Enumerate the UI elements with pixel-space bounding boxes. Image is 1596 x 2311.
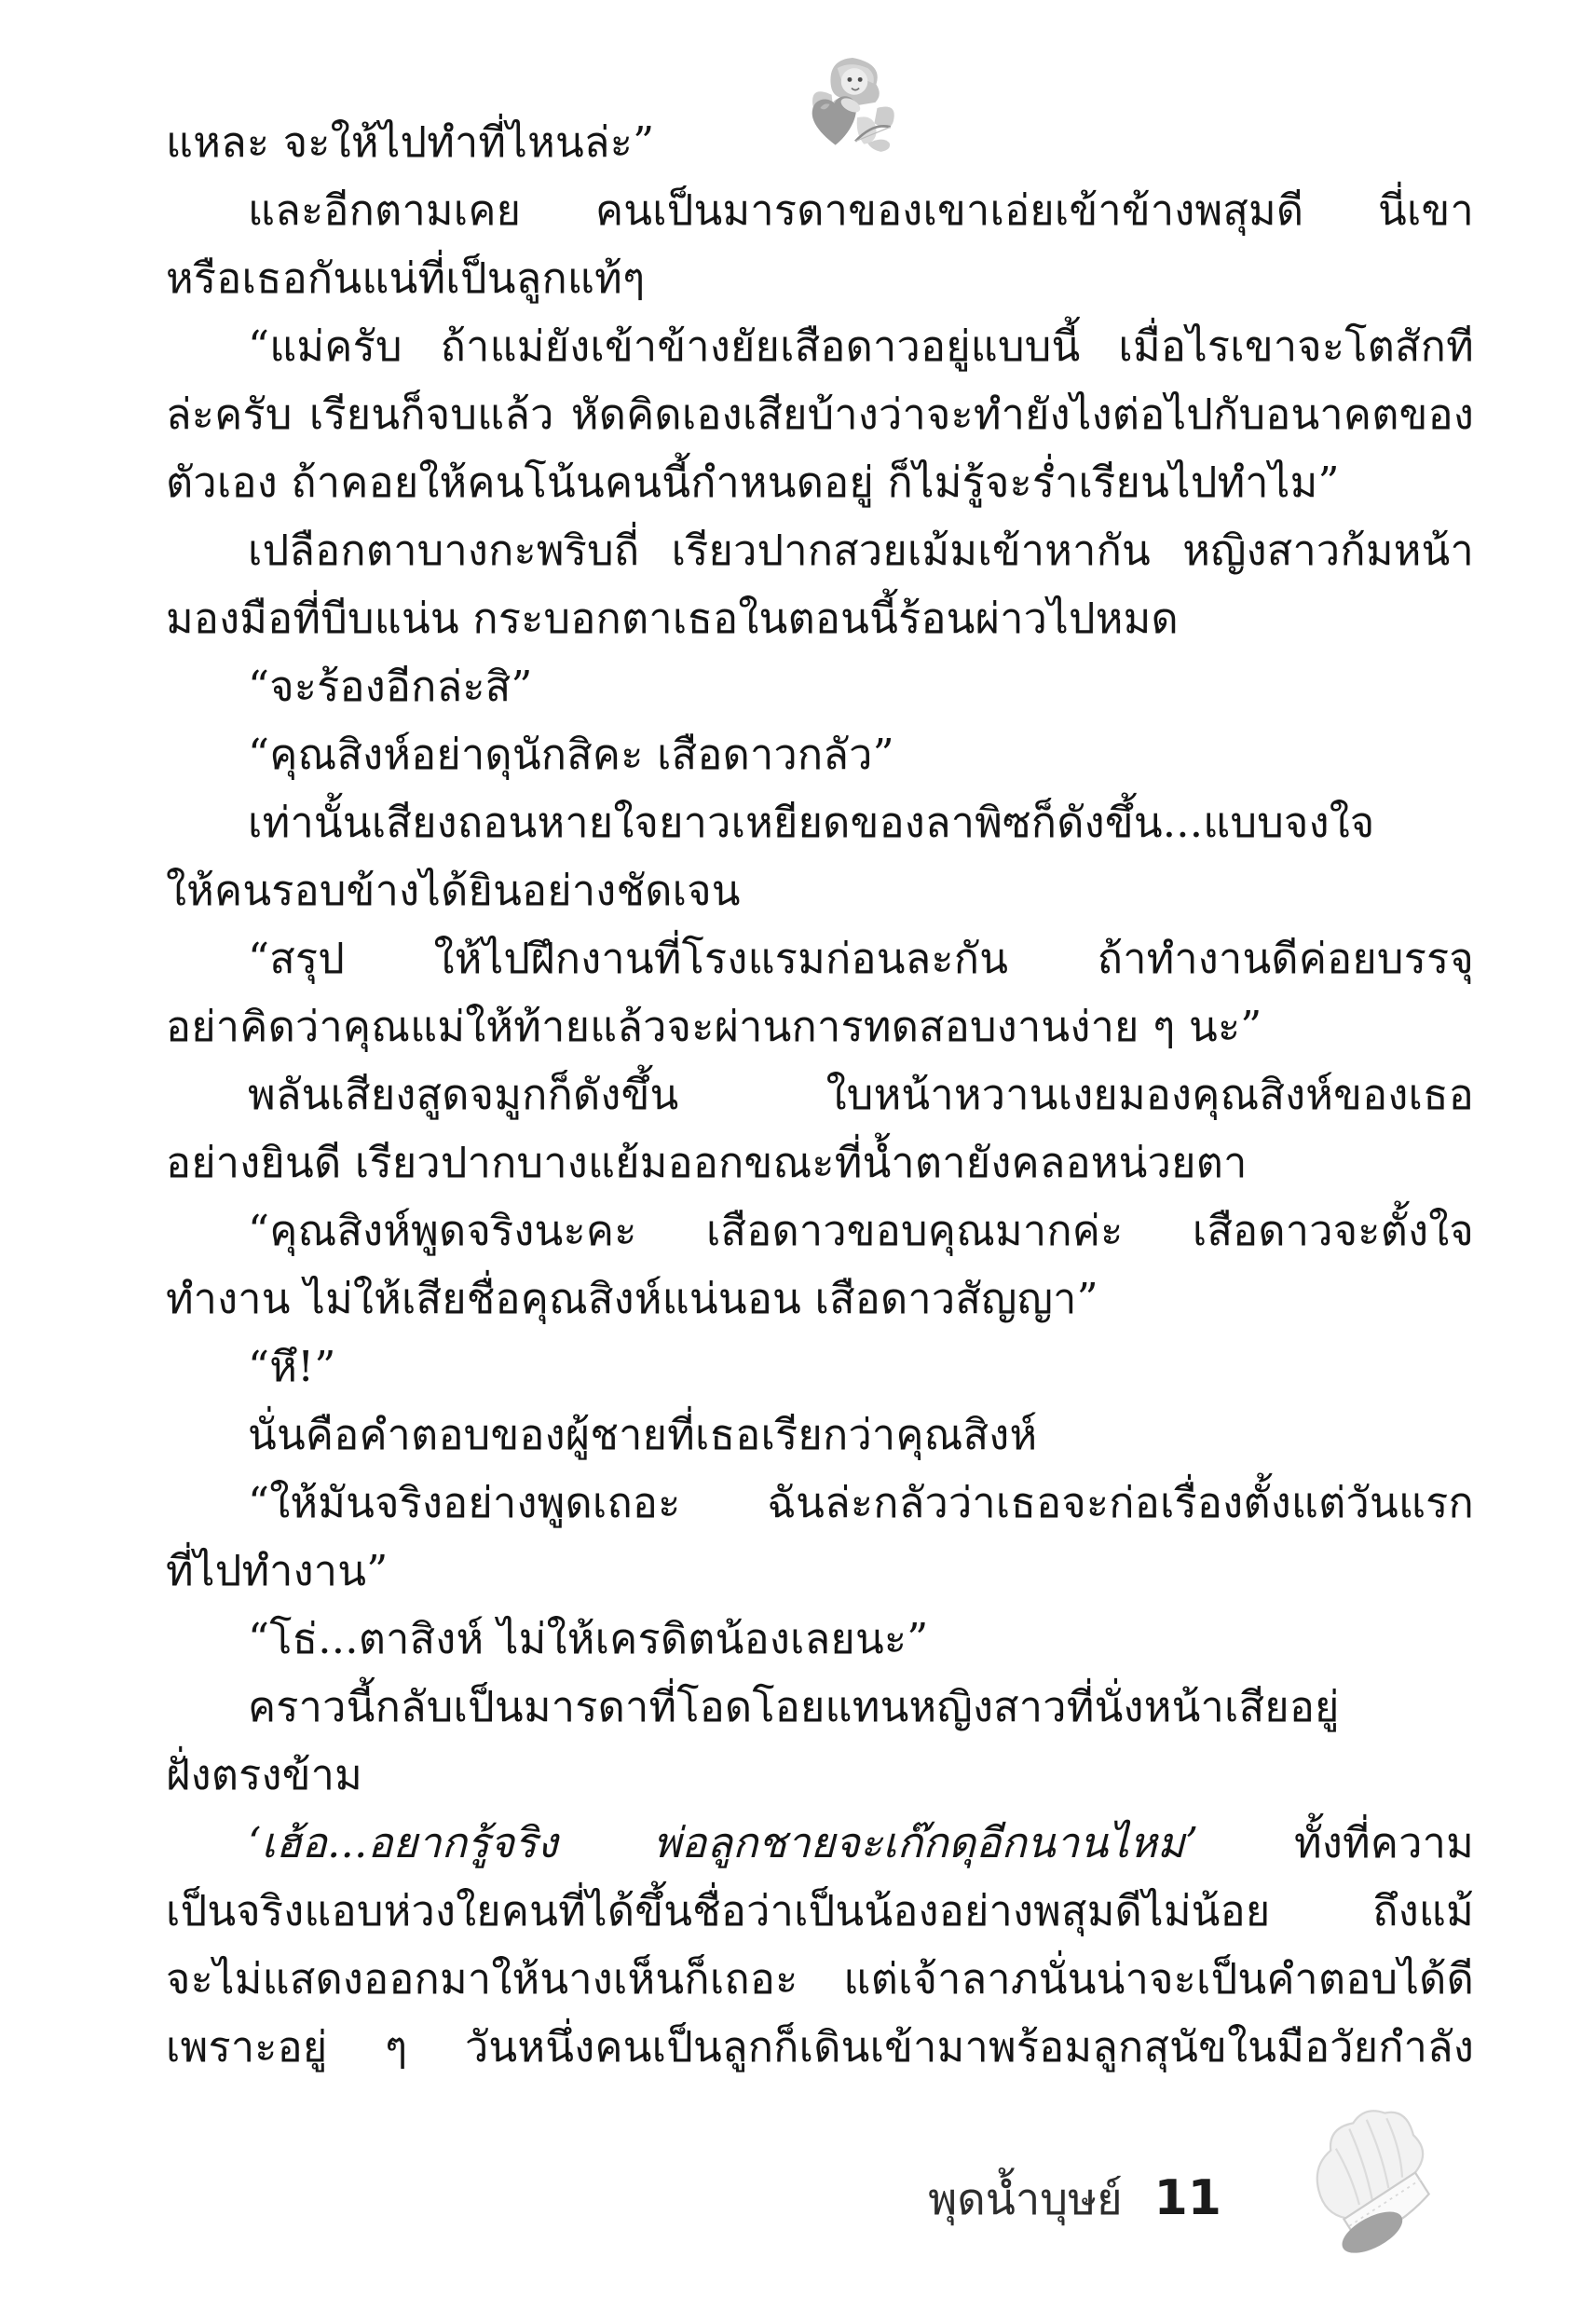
line-text: นั่นคือคำตอบของผู้ชายที่เธอเรียกว่าคุณสิ… — [248, 1410, 1037, 1459]
text-line: ทำงาน ไม่ให้เสียชื่อคุณสิงห์แน่นอน เสือด… — [166, 1265, 1474, 1333]
line-italic-text: ‘เฮ้อ...อยากรู้จริง พ่อลูกชายจะเก๊กดุอีก… — [248, 1818, 1198, 1867]
text-line: ล่ะครับ เรียนก็จบแล้ว หัดคิดเองเสียบ้างว… — [166, 380, 1474, 448]
line-text: มองมือที่บีบแน่น กระบอกตาเธอในตอนนี้ร้อน… — [166, 594, 1179, 643]
line-text: อย่างยินดี เรียวปากบางแย้มออกขณะที่น้ำตา… — [166, 1138, 1248, 1187]
text-line: เป็นจริงแอบห่วงใยคนที่ได้ขึ้นชื่อว่าเป็น… — [166, 1877, 1474, 1945]
line-text: และอีกตามเคย คนเป็นมารดาของเขาเอ่ยเข้าข้… — [248, 185, 1474, 235]
page-footer: พุดน้ำบุษย์ 11 — [928, 2164, 1221, 2234]
line-text: ล่ะครับ เรียนก็จบแล้ว หัดคิดเองเสียบ้างว… — [166, 390, 1474, 439]
line-text: “แม่ครับ ถ้าแม่ยังเข้าข้างยัยเสือดาวอยู่… — [248, 321, 1474, 371]
text-line: ‘เฮ้อ...อยากรู้จริง พ่อลูกชายจะเก๊กดุอีก… — [166, 1809, 1474, 1877]
line-text: “หึ!” — [248, 1342, 336, 1391]
page-number: 11 — [1154, 2170, 1221, 2226]
text-line: ที่ไปทำงาน” — [166, 1537, 1474, 1605]
line-text: “คุณสิงห์อย่าดุนักสิคะ เสือดาวกลัว” — [248, 730, 894, 779]
text-line: “แม่ครับ ถ้าแม่ยังเข้าข้างยัยเสือดาวอยู่… — [166, 312, 1474, 380]
text-line: จะไม่แสดงออกมาให้นางเห็นก็เถอะ แต่เจ้าลา… — [166, 1945, 1474, 2013]
line-text: ทำงาน ไม่ให้เสียชื่อคุณสิงห์แน่นอน เสือด… — [166, 1274, 1098, 1323]
text-line: หรือเธอกันแน่ที่เป็นลูกแท้ๆ — [166, 244, 1474, 312]
body-text: แหละ จะให้ไปทำที่ไหนล่ะ”และอีกตามเคย คนเ… — [166, 108, 1474, 2081]
text-line: “คุณสิงห์พูดจริงนะคะ เสือดาวขอบคุณมากค่ะ… — [166, 1197, 1474, 1265]
text-line: ให้คนรอบข้างได้ยินอย่างชัดเจน — [166, 856, 1474, 924]
text-line: “สรุป ให้ไปฝึกงานที่โรงแรมก่อนละกัน ถ้าท… — [166, 924, 1474, 992]
book-page: แหละ จะให้ไปทำที่ไหนล่ะ”และอีกตามเคย คนเ… — [0, 0, 1596, 2311]
line-text: ตัวเอง ถ้าคอยให้คนโน้นคนนี้กำหนดอยู่ ก็ไ… — [166, 458, 1340, 507]
text-line: แหละ จะให้ไปทำที่ไหนล่ะ” — [166, 108, 1474, 176]
text-line: ฝั่งตรงข้าม — [166, 1741, 1474, 1809]
text-line: นั่นคือคำตอบของผู้ชายที่เธอเรียกว่าคุณสิ… — [166, 1401, 1474, 1469]
line-text: แหละ จะให้ไปทำที่ไหนล่ะ” — [166, 117, 654, 167]
text-line: เพราะอยู่ ๆ วันหนึ่งคนเป็นลูกก็เดินเข้าม… — [166, 2013, 1474, 2081]
line-text: ฝั่งตรงข้าม — [166, 1750, 362, 1799]
line-text: เปลือกตาบางกะพริบถี่ เรียวปากสวยเม้มเข้า… — [248, 526, 1474, 575]
line-text: ให้คนรอบข้างได้ยินอย่างชัดเจน — [166, 866, 741, 915]
line-text: ทั้งที่ความ — [1198, 1818, 1474, 1867]
line-text: เป็นจริงแอบห่วงใยคนที่ได้ขึ้นชื่อว่าเป็น… — [166, 1886, 1474, 1935]
text-line: อย่าคิดว่าคุณแม่ให้ท้ายแล้วจะผ่านการทดสอ… — [166, 992, 1474, 1060]
text-line: เปลือกตาบางกะพริบถี่ เรียวปากสวยเม้มเข้า… — [166, 516, 1474, 584]
text-line: อย่างยินดี เรียวปากบางแย้มออกขณะที่น้ำตา… — [166, 1128, 1474, 1197]
text-line: “จะร้องอีกล่ะสิ” — [166, 652, 1474, 720]
text-line: ตัวเอง ถ้าคอยให้คนโน้นคนนี้กำหนดอยู่ ก็ไ… — [166, 448, 1474, 516]
line-text: หรือเธอกันแน่ที่เป็นลูกแท้ๆ — [166, 253, 645, 303]
line-text: “โธ่...ตาสิงห์ ไม่ให้เครดิตน้องเลยนะ” — [248, 1614, 929, 1663]
text-line: คราวนี้กลับเป็นมารดาที่โอดโอยแทนหญิงสาวท… — [166, 1673, 1474, 1741]
chef-hat-illustration — [1295, 2108, 1452, 2274]
line-text: จะไม่แสดงออกมาให้นางเห็นก็เถอะ แต่เจ้าลา… — [166, 1954, 1474, 2003]
text-line: มองมือที่บีบแน่น กระบอกตาเธอในตอนนี้ร้อน… — [166, 584, 1474, 652]
text-line: “ให้มันจริงอย่างพูดเถอะ ฉันล่ะกลัวว่าเธอ… — [166, 1469, 1474, 1537]
line-text: “คุณสิงห์พูดจริงนะคะ เสือดาวขอบคุณมากค่ะ… — [248, 1206, 1474, 1255]
text-line: พลันเสียงสูดจมูกก็ดังขึ้น ใบหน้าหวานเงยม… — [166, 1060, 1474, 1128]
chef-hat-icon — [1295, 2108, 1452, 2274]
text-line: “โธ่...ตาสิงห์ ไม่ให้เครดิตน้องเลยนะ” — [166, 1605, 1474, 1673]
text-line: และอีกตามเคย คนเป็นมารดาของเขาเอ่ยเข้าข้… — [166, 176, 1474, 244]
line-text: พลันเสียงสูดจมูกก็ดังขึ้น ใบหน้าหวานเงยม… — [248, 1070, 1474, 1119]
line-text: อย่าคิดว่าคุณแม่ให้ท้ายแล้วจะผ่านการทดสอ… — [166, 1002, 1262, 1051]
line-text: เพราะอยู่ ๆ วันหนึ่งคนเป็นลูกก็เดินเข้าม… — [166, 2022, 1474, 2072]
running-title: พุดน้ำบุษย์ — [928, 2164, 1122, 2234]
line-text: “ให้มันจริงอย่างพูดเถอะ ฉันล่ะกลัวว่าเธอ… — [248, 1478, 1474, 1527]
line-text: ที่ไปทำงาน” — [166, 1546, 388, 1595]
text-line: “หึ!” — [166, 1333, 1474, 1401]
line-text: “สรุป ให้ไปฝึกงานที่โรงแรมก่อนละกัน ถ้าท… — [248, 934, 1474, 983]
line-text: คราวนี้กลับเป็นมารดาที่โอดโอยแทนหญิงสาวท… — [248, 1682, 1340, 1731]
line-text: “จะร้องอีกล่ะสิ” — [248, 662, 533, 711]
line-text: เท่านั้นเสียงถอนหายใจยาวเหยียดของลาพิซก็… — [248, 798, 1375, 847]
text-line: เท่านั้นเสียงถอนหายใจยาวเหยียดของลาพิซก็… — [166, 788, 1474, 856]
text-line: “คุณสิงห์อย่าดุนักสิคะ เสือดาวกลัว” — [166, 720, 1474, 788]
